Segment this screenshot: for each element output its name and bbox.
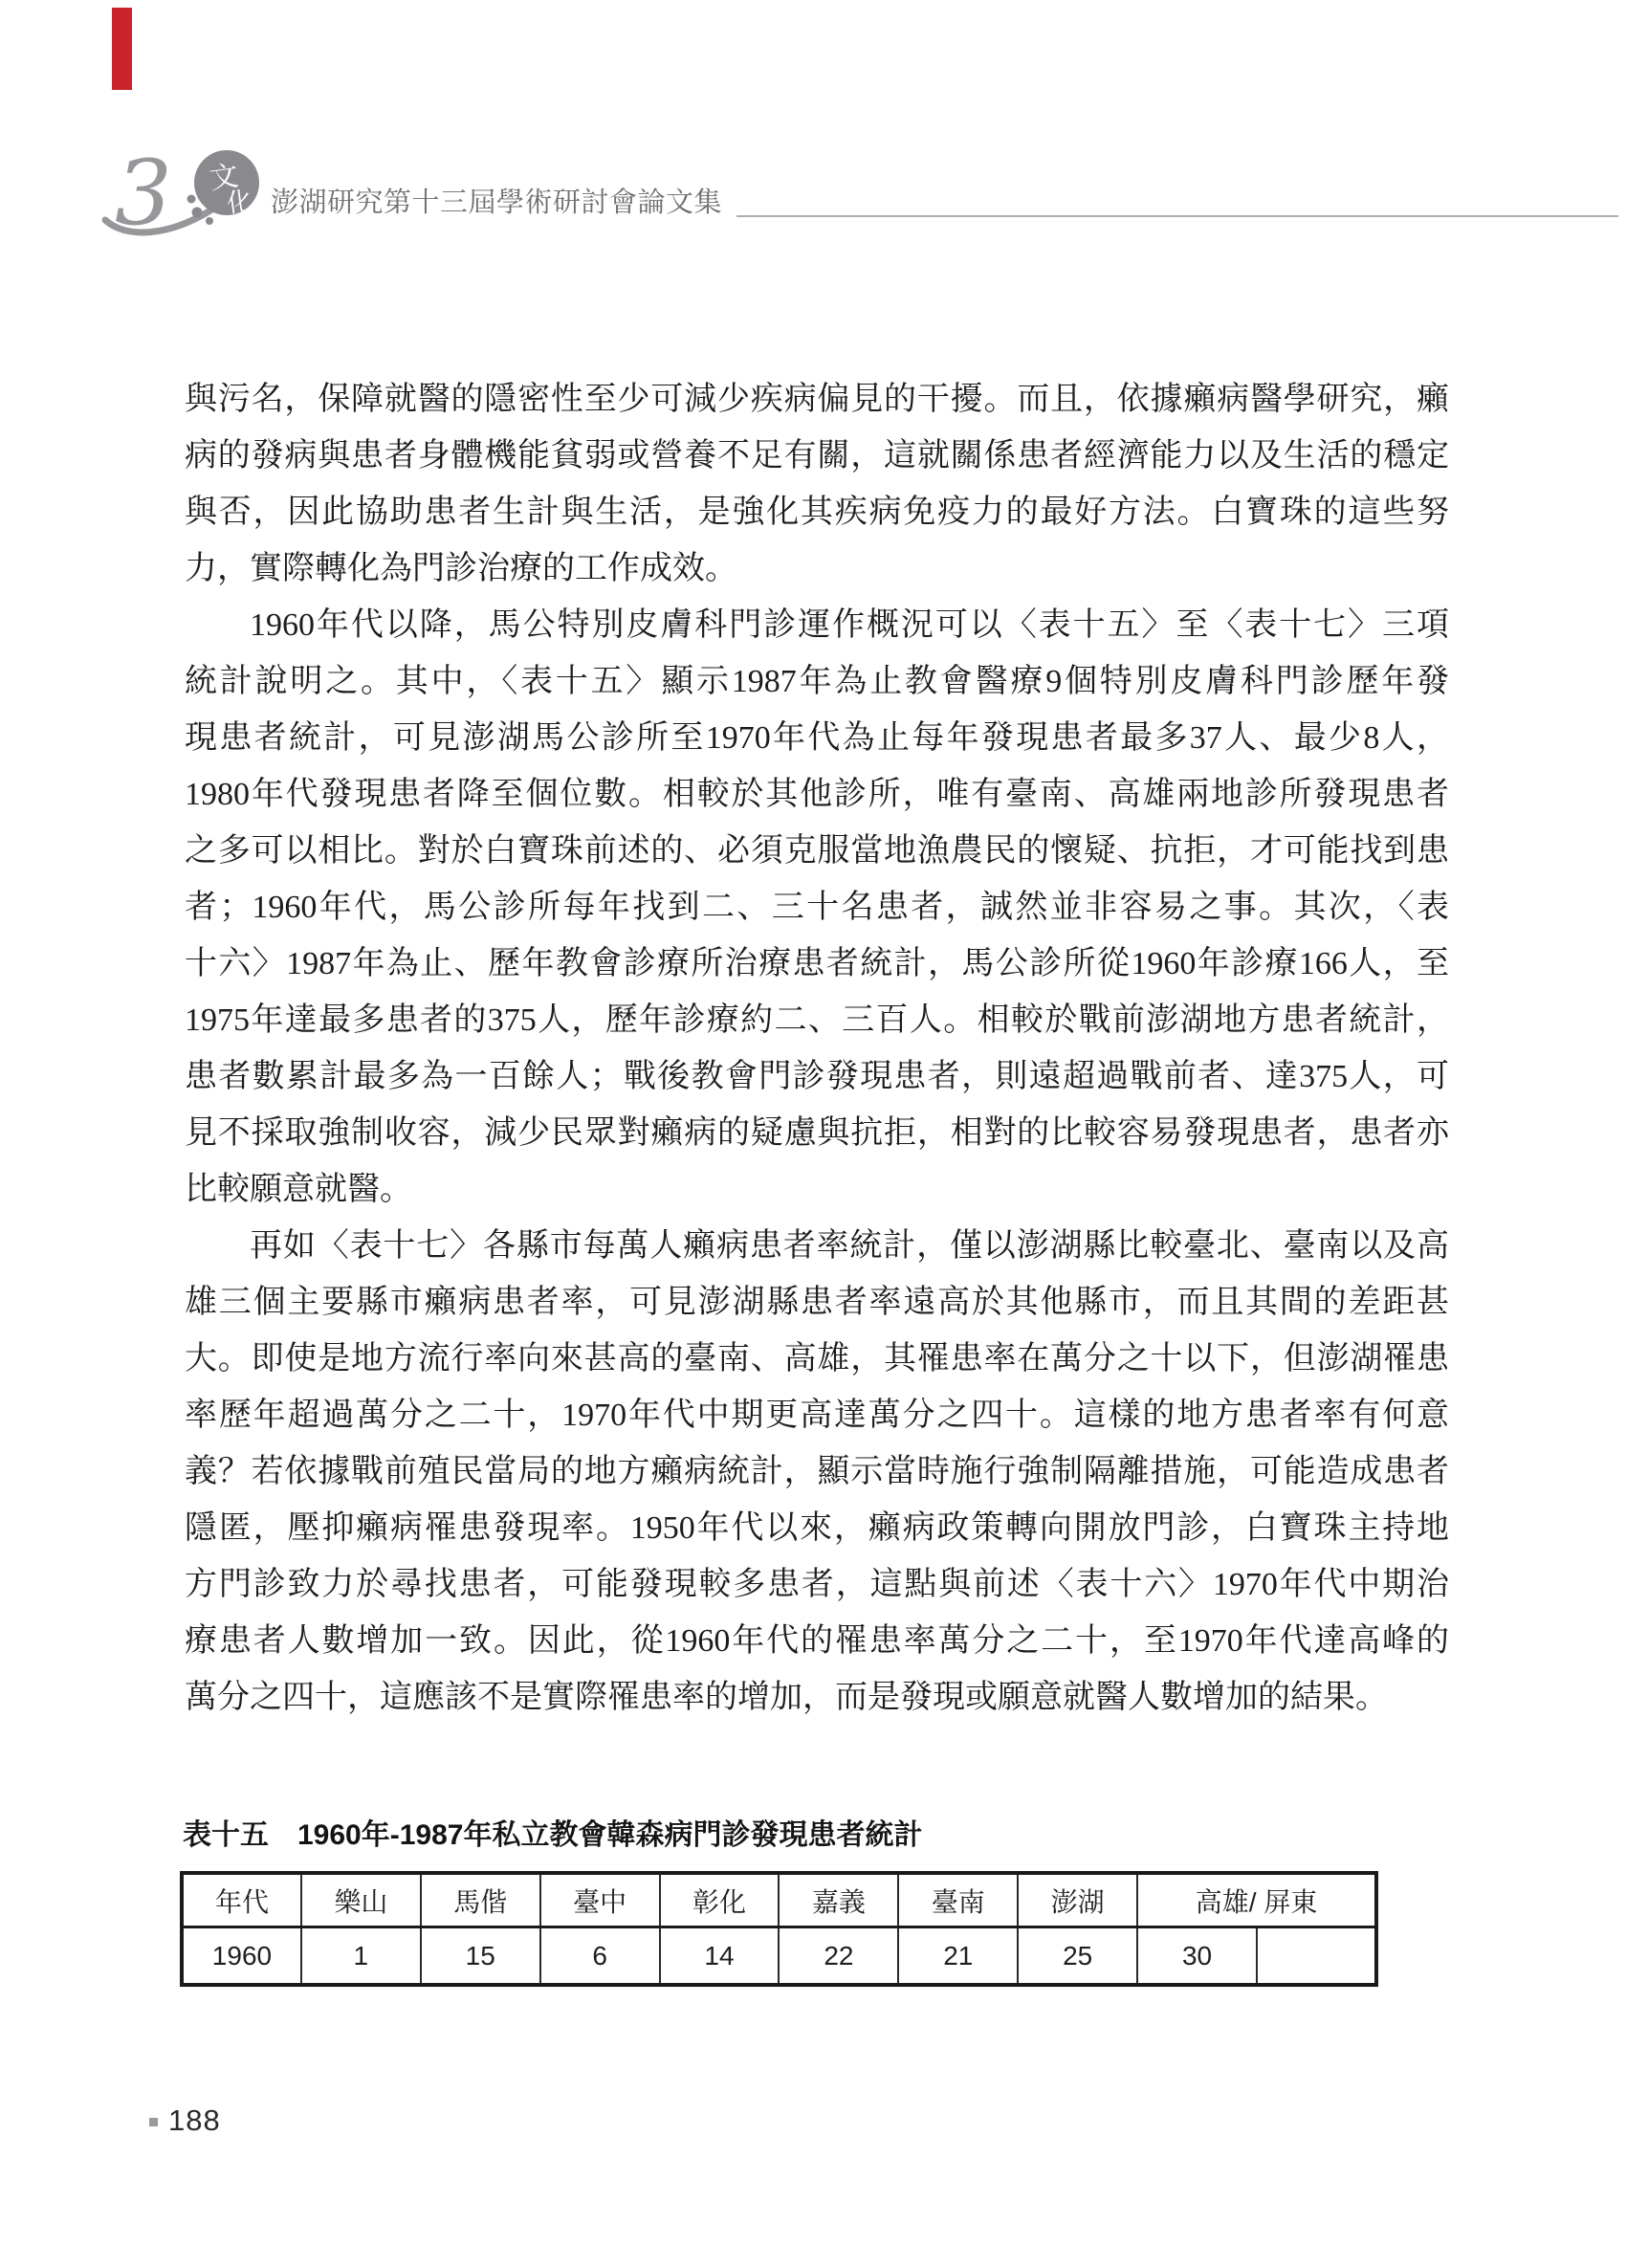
body-text-line: 之多可以相比。對於白寶珠前述的、必須克服當地漁農民的懷疑、抗拒，才可能找到患 — [185, 823, 1449, 879]
body-text-line: 力，實際轉化為門診治療的工作成效。 — [185, 540, 1449, 597]
logo-numeral: 3 — [115, 143, 172, 239]
table-header-cell: 樂山 — [301, 1873, 421, 1927]
table-cell: 1 — [301, 1927, 421, 1986]
table-header-row: 年代樂山馬偕臺中彰化嘉義臺南澎湖高雄/ 屏東 — [182, 1873, 1376, 1927]
table-head: 年代樂山馬偕臺中彰化嘉義臺南澎湖高雄/ 屏東 — [182, 1873, 1376, 1927]
table-header-cell: 馬偕 — [421, 1873, 540, 1927]
body-text-line: 現患者統計，可見澎湖馬公診所至1970年代為止每年發現患者最多37人、最少8人， — [185, 710, 1449, 766]
table-cell — [1257, 1927, 1376, 1986]
table-caption-label: 表十五 — [183, 1819, 269, 1851]
page-edge-tab — [112, 8, 132, 90]
table-cell: 6 — [540, 1927, 660, 1986]
table-header-cell: 臺南 — [898, 1873, 1018, 1927]
table-caption: 表十五1960年-1987年私立教會韓森病門診發現患者統計 — [183, 1811, 922, 1853]
body-text-line: 大。即使是地方流行率向來甚高的臺南、高雄，其罹患率在萬分之十以下，但澎湖罹患 — [185, 1331, 1449, 1387]
logo-dot-small — [187, 195, 196, 204]
table-cell: 1960 — [182, 1927, 301, 1986]
table-cell: 14 — [660, 1927, 780, 1986]
publisher-logo: 3 文 化 — [101, 143, 278, 239]
body-text-line: 隱匿，壓抑癩病罹患發現率。1950年代以來，癩病政策轉向開放門診，白寶珠主持地 — [185, 1500, 1449, 1556]
body-text-line: 病的發病與患者身體機能貧弱或營養不足有關，這就關係患者經濟能力以及生活的穩定 — [185, 428, 1449, 484]
table-body: 196011561422212530 — [182, 1927, 1376, 1986]
body-text-line: 見不採取強制收容，減少民眾對癩病的疑慮與抗拒，相對的比較容易發現患者，患者亦 — [185, 1105, 1449, 1161]
footer-page-number: 188 — [168, 2103, 221, 2138]
statistics-table: 年代樂山馬偕臺中彰化嘉義臺南澎湖高雄/ 屏東 19601156142221253… — [180, 1871, 1378, 1987]
body-text-line: 率歷年超過萬分之二十，1970年代中期更高達萬分之四十。這樣的地方患者率有何意 — [185, 1387, 1449, 1443]
footer-bullet-icon — [149, 2118, 158, 2126]
body-text-line: 1975年達最多患者的375人，歷年診療約二、三百人。相較於戰前澎湖地方患者統計… — [185, 992, 1449, 1048]
body-text-line: 再如〈表十七〉各縣市每萬人癩病患者率統計，僅以澎湖縣比較臺北、臺南以及高 — [185, 1218, 1449, 1274]
body-text-line: 療患者人數增加一致。因此，從1960年代的罹患率萬分之二十，至1970年代達高峰… — [185, 1613, 1449, 1669]
table-cell: 30 — [1137, 1927, 1257, 1986]
body-text-line: 與污名，保障就醫的隱密性至少可減少疾病偏見的干擾。而且，依據癩病醫學研究，癩 — [185, 371, 1449, 428]
body-text-line: 萬分之四十，這應該不是實際罹患率的增加，而是發現或願意就醫人數增加的結果。 — [185, 1669, 1449, 1726]
table-header-cell: 年代 — [182, 1873, 301, 1927]
body-text-line: 1980年代發現患者降至個位數。相較於其他診所，唯有臺南、高雄兩地診所發現患者 — [185, 766, 1449, 823]
body-text-line: 與否，因此協助患者生計與生活，是強化其疾病免疫力的最好方法。白寶珠的這些努 — [185, 484, 1449, 540]
table-cell: 15 — [421, 1927, 540, 1986]
body-text-line: 患者數累計最多為一百餘人；戰後教會門診發現患者，則遠超過戰前者、達375人，可 — [185, 1048, 1449, 1105]
header-rule — [736, 215, 1618, 217]
table-header-cell: 澎湖 — [1018, 1873, 1137, 1927]
table-header-cell: 高雄/ 屏東 — [1137, 1873, 1376, 1927]
table-caption-title: 1960年-1987年私立教會韓森病門診發現患者統計 — [297, 1819, 922, 1851]
body-text-line: 十六〉1987年為止、歷年教會診療所治療患者統計，馬公診所從1960年診療166… — [185, 936, 1449, 992]
header-series-title: 澎湖研究第十三屆學術研討會論文集 — [271, 187, 722, 218]
body-text-line: 1960年代以降，馬公特別皮膚科門診運作概況可以〈表十五〉至〈表十七〉三項 — [185, 597, 1449, 653]
body-text-line: 方門診致力於尋找患者，可能發現較多患者，這點與前述〈表十六〉1970年代中期治 — [185, 1556, 1449, 1613]
body-text-line: 雄三個主要縣市癩病患者率，可見澎湖縣患者率遠高於其他縣市，而且其間的差距甚 — [185, 1274, 1449, 1331]
body-text: 與污名，保障就醫的隱密性至少可減少疾病偏見的干擾。而且，依據癩病醫學研究，癩病的… — [185, 371, 1449, 1726]
table-cell: 22 — [779, 1927, 898, 1986]
table-cell: 21 — [898, 1927, 1018, 1986]
logo-leaf — [206, 217, 213, 225]
table-header-cell: 彰化 — [660, 1873, 780, 1927]
body-text-line: 比較願意就醫。 — [185, 1161, 1449, 1218]
logo-char-hua: 化 — [225, 187, 254, 218]
table-row: 196011561422212530 — [182, 1927, 1376, 1986]
body-text-line: 義？若依據戰前殖民當局的地方癩病統計，顯示當時施行強制隔離措施，可能造成患者 — [185, 1443, 1449, 1500]
paper-page: 3 文 化 澎湖研究第十三屆學術研討會論文集 與污名，保障就醫的隱密性至少可減少… — [0, 0, 1626, 2268]
body-text-line: 統計說明之。其中，〈表十五〉顯示1987年為止教會醫療9個特別皮膚科門診歷年發 — [185, 653, 1449, 710]
table-header-cell: 臺中 — [540, 1873, 660, 1927]
logo-dot-large — [192, 208, 203, 218]
body-text-line: 者；1960年代，馬公診所每年找到二、三十名患者，誠然並非容易之事。其次，〈表 — [185, 879, 1449, 936]
statistics-table-wrap: 年代樂山馬偕臺中彰化嘉義臺南澎湖高雄/ 屏東 19601156142221253… — [180, 1871, 1378, 1987]
table-cell: 25 — [1018, 1927, 1137, 1986]
table-header-cell: 嘉義 — [779, 1873, 898, 1927]
